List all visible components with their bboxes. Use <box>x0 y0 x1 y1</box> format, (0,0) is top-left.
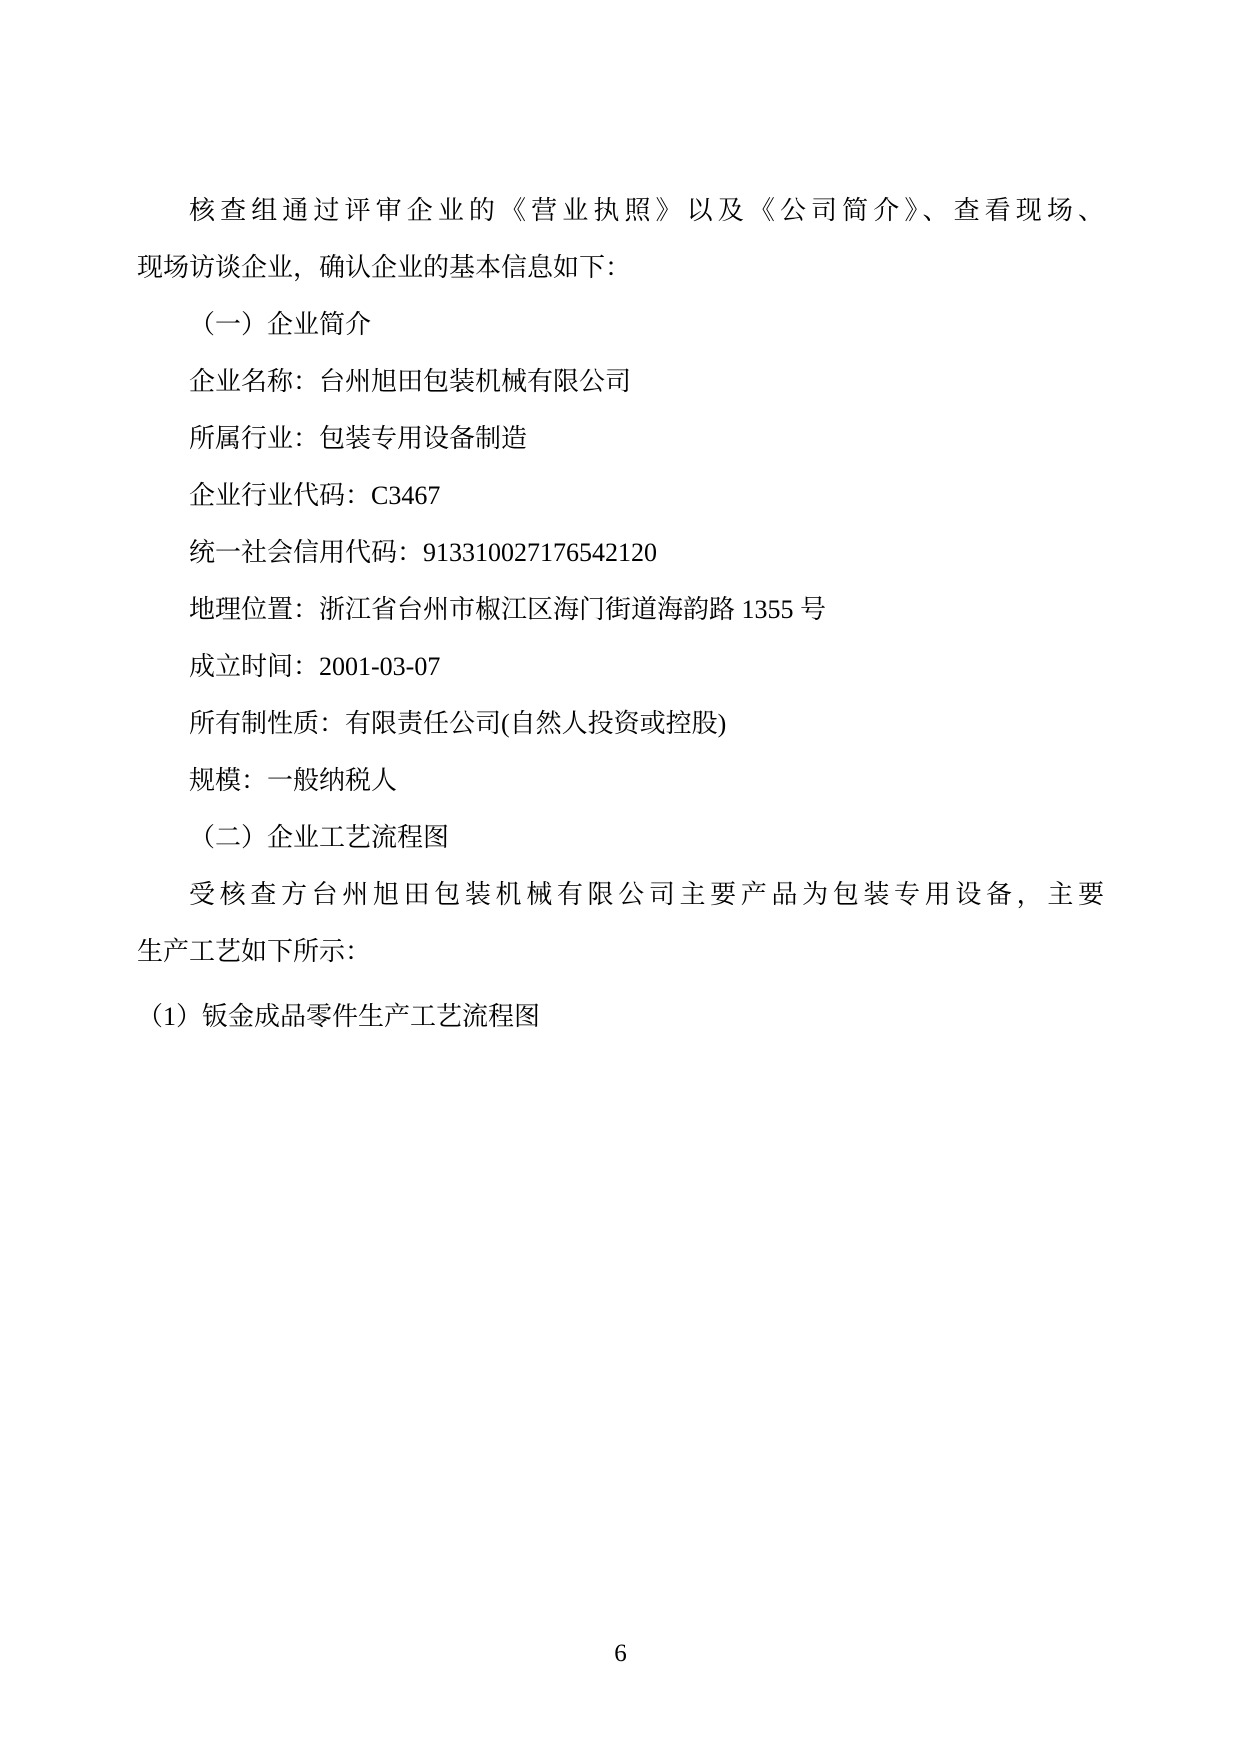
process-paragraph-line-2: 生产工艺如下所示： <box>137 923 1104 980</box>
page-number: 6 <box>0 1640 1241 1668</box>
company-name-line: 企业名称：台州旭田包装机械有限公司 <box>137 353 1104 410</box>
process-paragraph-line-1: 受核查方台州旭田包装机械有限公司主要产品为包装专用设备，主要 <box>137 866 1104 923</box>
flow-chart-caption: （1）钣金成品零件生产工艺流程图 <box>137 988 1104 1045</box>
document-page: 核查组通过评审企业的《营业执照》以及《公司简介》、查看现场、 现场访谈企业，确认… <box>0 0 1241 1755</box>
industry-line: 所属行业：包装专用设备制造 <box>137 410 1104 467</box>
section-heading-process-flow: （二）企业工艺流程图 <box>137 809 1104 866</box>
intro-paragraph-line-2: 现场访谈企业，确认企业的基本信息如下： <box>137 239 1104 296</box>
section-heading-company-profile: （一）企业简介 <box>137 296 1104 353</box>
credit-code-line: 统一社会信用代码：913310027176542120 <box>137 524 1104 581</box>
ownership-line: 所有制性质：有限责任公司(自然人投资或控股) <box>137 695 1104 752</box>
document-body: 核查组通过评审企业的《营业执照》以及《公司简介》、查看现场、 现场访谈企业，确认… <box>137 182 1104 1045</box>
location-line: 地理位置：浙江省台州市椒江区海门街道海韵路 1355 号 <box>137 581 1104 638</box>
founded-date-line: 成立时间：2001-03-07 <box>137 638 1104 695</box>
industry-code-line: 企业行业代码：C3467 <box>137 467 1104 524</box>
intro-paragraph-line-1: 核查组通过评审企业的《营业执照》以及《公司简介》、查看现场、 <box>137 182 1104 239</box>
scale-line: 规模：一般纳税人 <box>137 752 1104 809</box>
